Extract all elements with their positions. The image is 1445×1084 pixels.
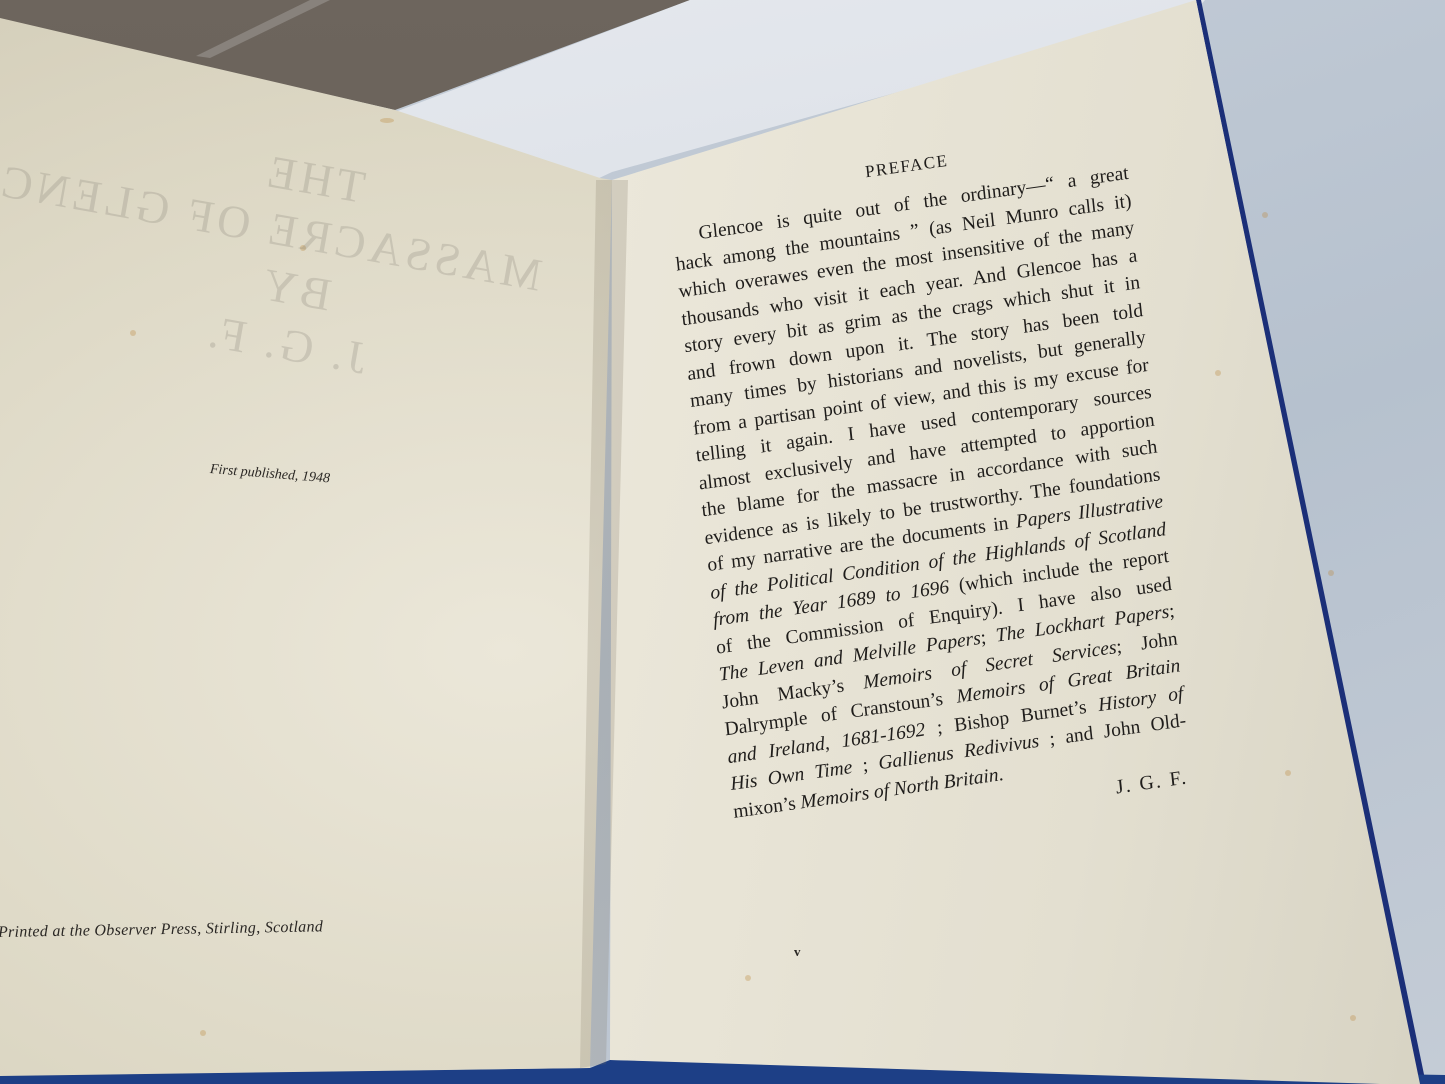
text-run: . (997, 764, 1004, 786)
foxing-spot (1215, 370, 1221, 376)
foxing-spot (380, 118, 394, 123)
text-run: mixon’s (732, 792, 801, 822)
page-number: v (794, 944, 801, 960)
foxing-spot (200, 1030, 206, 1036)
foxing-spot (1328, 570, 1334, 576)
book-photo: THE MASSACRE OF GLENCOE BY J. G. F. Firs… (0, 0, 1445, 1084)
foxing-spot (745, 975, 751, 981)
text-run: ; (851, 753, 879, 778)
foxing-spot (1262, 212, 1268, 218)
preface: PREFACE Glencoe is quite out of the ordi… (668, 126, 1193, 853)
preface-body: Glencoe is quite out of the ordinary—“ a… (672, 160, 1191, 826)
foxing-spot (1285, 770, 1291, 776)
foxing-spot (1350, 1015, 1356, 1021)
